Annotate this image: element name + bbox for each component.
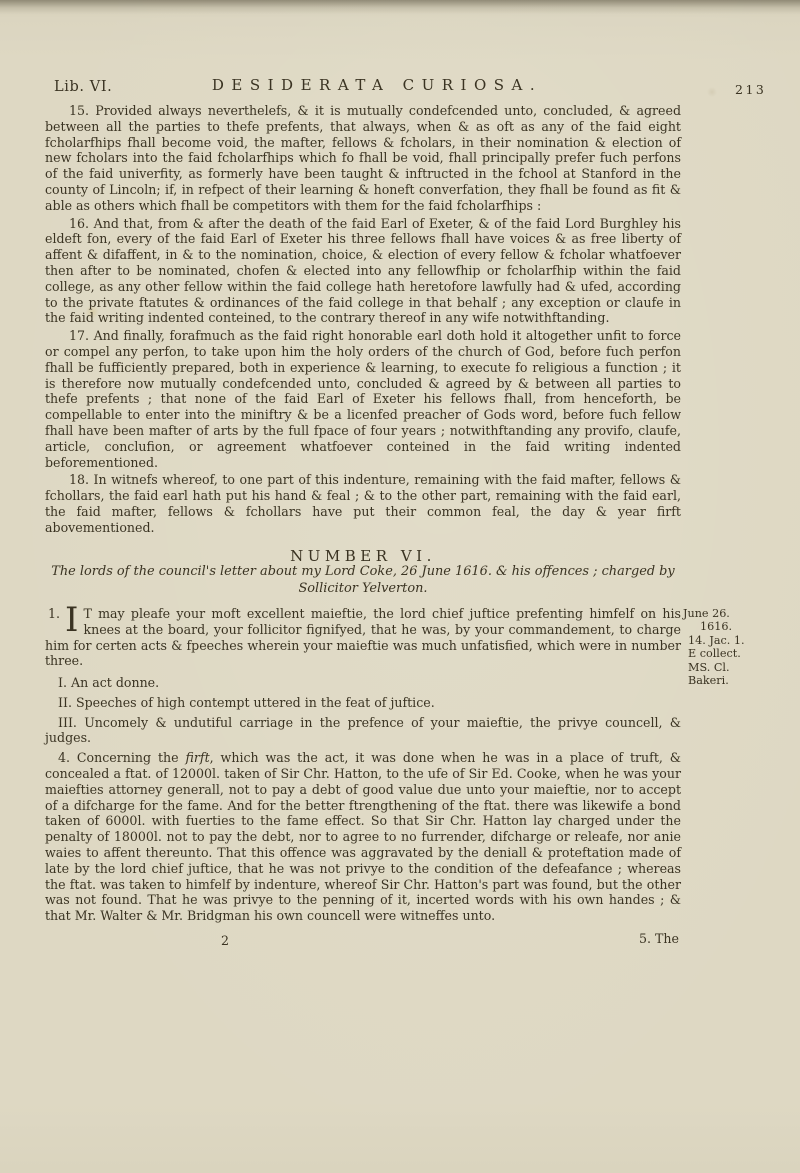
paragraph-15: 15. Provided always neverthelefs, & it i… — [45, 103, 681, 214]
charge-item-3: III. Uncomely & undutiful carriage in th… — [45, 715, 681, 747]
running-title: DESIDERATA CURIOSA. — [212, 76, 542, 94]
margin-note-source-collection: E collect. — [683, 647, 798, 660]
page-foot: 2 5. The — [45, 933, 681, 950]
section-heading: NUMBER VI. — [45, 549, 681, 565]
text-column: 15. Provided always neverthelefs, & it i… — [45, 103, 681, 950]
paragraph-16: 16. And that, from & after the death of … — [45, 216, 681, 327]
margin-note-manuscript: MS. Cl. — [683, 661, 798, 674]
paragraph-18: 18. In witnefs whereof, to one part of t… — [45, 472, 681, 535]
paragraph-1-lead: 1. I — [45, 606, 83, 637]
charge-item-2: II. Speeches of high contempt uttered in… — [45, 695, 681, 711]
section-subtitle-line-2: Sollicitor Yelverton. — [45, 581, 681, 598]
paragraph-1-number: 1. — [48, 606, 60, 622]
book-label: Lib. VI. — [54, 79, 112, 95]
margin-note-baker: Bakeri. — [683, 674, 798, 687]
running-header: Lib. VI. DESIDERATA CURIOSA. 213 — [45, 76, 761, 100]
signature-mark: 2 — [221, 933, 229, 949]
section-subtitle-line-1: The lords of the council's letter about … — [45, 564, 681, 581]
paragraph-4-rest: , which was the act, it was done when he… — [45, 750, 681, 923]
margin-note-regnal-year: 14. Jac. 1. — [683, 634, 798, 647]
section-subtitle: The lords of the council's letter about … — [45, 564, 681, 598]
catchword: 5. The — [639, 931, 679, 947]
paragraph-4-italic-word: firft — [186, 750, 210, 765]
margin-note-year: 1616. — [683, 620, 798, 633]
paragraph-1-text: T may pleafe your moft excellent maiefti… — [45, 606, 681, 668]
margin-note-date: June 26. — [683, 607, 798, 620]
paragraph-1: 1. I T may pleafe your moft excellent ma… — [45, 606, 681, 669]
paragraph-4-lead: 4. Concerning the — [58, 750, 186, 765]
drop-cap-initial: I — [65, 606, 78, 635]
charge-item-1: I. An act donne. — [45, 675, 681, 691]
book-page: Lib. VI. DESIDERATA CURIOSA. 213 15. Pro… — [0, 0, 800, 1173]
page-number: 213 — [735, 82, 766, 97]
paragraph-4: 4. Concerning the firft, which was the a… — [45, 750, 681, 924]
margin-notes: June 26. 1616. 14. Jac. 1. E collect. MS… — [683, 607, 798, 687]
paragraph-17: 17. And finally, forafmuch as the faid r… — [45, 328, 681, 470]
